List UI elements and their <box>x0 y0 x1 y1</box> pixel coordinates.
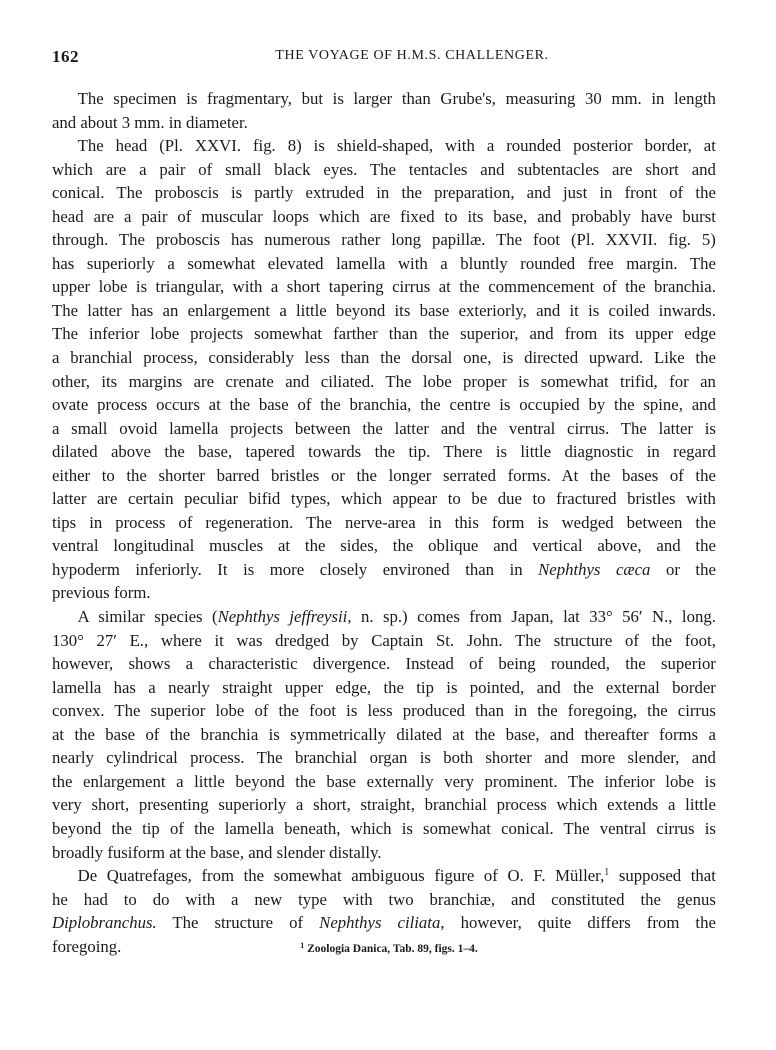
text-segment: or the <box>650 560 715 579</box>
text-line: and about 3 mm. in diameter. <box>52 111 716 135</box>
text-segment: hypoderm inferiorly. It is more closely … <box>52 560 538 579</box>
text-line: The inferior lobe projects somewhat fart… <box>52 322 716 346</box>
text-line: beyond the tip of the lamella beneath, w… <box>52 817 716 841</box>
footnote: 1 Zoologia Danica, Tab. 89, figs. 1–4. <box>52 943 726 955</box>
text-line: through. The proboscis has numerous rath… <box>52 228 716 252</box>
text-line: convex. The superior lobe of the foot is… <box>52 699 716 723</box>
text-line: ovate process occurs at the base of the … <box>52 393 716 417</box>
text-line: A similar species (Nephthys jeffreysii, … <box>52 605 716 629</box>
text-line: nearly cylindrical process. The branchia… <box>52 746 716 770</box>
text-line: has superiorly a somewhat elevated lamel… <box>52 252 716 276</box>
text-line: 130° 27′ E., where it was dredged by Cap… <box>52 629 716 653</box>
text-line: however, shows a characteristic divergen… <box>52 652 716 676</box>
paragraph-specimen: The specimen is fragmentary, but is larg… <box>52 87 716 134</box>
text-line: dilated above the base, tapered towards … <box>52 440 716 464</box>
species-name: Nephthys jeffreysii <box>218 607 348 626</box>
text-line: The head (Pl. XXVI. fig. 8) is shield-sh… <box>52 134 716 158</box>
genus-name: Diplobranchus. <box>52 913 157 932</box>
text-line: he had to do with a new type with two br… <box>52 888 716 912</box>
text-line: De Quatrefages, from the somewhat ambigu… <box>52 864 716 888</box>
text-line: ventral longitudinal muscles at the side… <box>52 534 716 558</box>
text-segment: supposed that <box>609 866 716 885</box>
text-segment: The structure of <box>157 913 320 932</box>
text-line: at the base of the branchia is symmetric… <box>52 723 716 747</box>
text-line: a small ovoid lamella projects between t… <box>52 417 716 441</box>
text-line: upper lobe is triangular, with a short t… <box>52 275 716 299</box>
running-head: 162 THE VOYAGE OF H.M.S. CHALLENGER. <box>52 47 726 69</box>
text-line: previous form. <box>52 581 716 605</box>
text-line: head are a pair of muscular loops which … <box>52 205 716 229</box>
text-segment: A similar species ( <box>78 607 218 626</box>
text-line: a branchial process, considerably less t… <box>52 346 716 370</box>
text-line: the enlargement a little beyond the base… <box>52 770 716 794</box>
running-title: THE VOYAGE OF H.M.S. CHALLENGER. <box>152 48 672 64</box>
page-number: 162 <box>52 47 79 67</box>
text-segment: , however, quite differs from the <box>440 913 716 932</box>
text-line: other, its margins are crenate and cilia… <box>52 370 716 394</box>
text-line: The specimen is fragmentary, but is larg… <box>52 87 716 111</box>
footnote-text: Zoologia Danica, Tab. 89, figs. 1–4. <box>304 943 478 955</box>
body-text: The specimen is fragmentary, but is larg… <box>52 87 726 958</box>
text-line: conical. The proboscis is partly extrude… <box>52 181 716 205</box>
text-line: broadly fusiform at the base, and slende… <box>52 841 716 865</box>
species-name: Nephthys ciliata <box>319 913 440 932</box>
text-line: tips in process of regeneration. The ner… <box>52 511 716 535</box>
paragraph-head-description: The head (Pl. XXVI. fig. 8) is shield-sh… <box>52 134 716 605</box>
text-line: which are a pair of small black eyes. Th… <box>52 158 716 182</box>
text-line: The latter has an enlargement a little b… <box>52 299 716 323</box>
species-name: Nephthys cæca <box>538 560 650 579</box>
text-line: Diplobranchus. The structure of Nephthys… <box>52 911 716 935</box>
text-line: either to the shorter barred bristles or… <box>52 464 716 488</box>
paragraph-similar-species: A similar species (Nephthys jeffreysii, … <box>52 605 716 864</box>
text-segment: , n. sp.) comes from Japan, lat 33° 56′ … <box>347 607 716 626</box>
text-line: very short, presenting superiorly a shor… <box>52 793 716 817</box>
text-line: lamella has a nearly straight upper edge… <box>52 676 716 700</box>
text-line: latter are certain peculiar bifid types,… <box>52 487 716 511</box>
text-line: hypoderm inferiorly. It is more closely … <box>52 558 716 582</box>
text-segment: De Quatrefages, from the somewhat ambigu… <box>78 866 605 885</box>
